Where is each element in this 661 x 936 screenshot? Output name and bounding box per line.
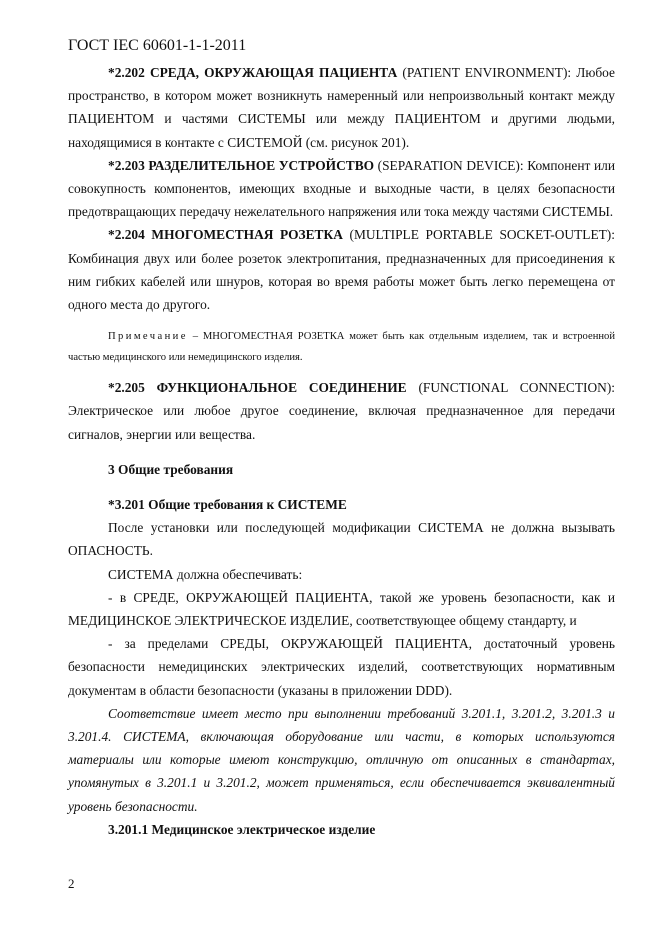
definition-2-202: *2.202 СРЕДА, ОКРУЖАЮЩАЯ ПАЦИЕНТА (PATIE… (68, 61, 615, 154)
definition-2-204: *2.204 МНОГОМЕСТНАЯ РОЗЕТКА (MULTIPLE PO… (68, 223, 615, 316)
term: *2.202 СРЕДА, ОКРУЖАЮЩАЯ ПАЦИЕНТА (108, 65, 397, 80)
paragraph: СИСТЕМА должна обеспечивать: (68, 563, 615, 586)
list-item: - в СРЕДЕ, ОКРУЖАЮЩЕЙ ПАЦИЕНТА, такой же… (68, 586, 615, 632)
definition-2-205: *2.205 ФУНКЦИОНАЛЬНОЕ СОЕДИНЕНИЕ (FUNCTI… (68, 376, 615, 446)
term: *2.205 ФУНКЦИОНАЛЬНОЕ СОЕДИНЕНИЕ (108, 380, 407, 395)
section-heading-3-201-1: 3.201.1 Медицинское электрическое издели… (68, 818, 615, 841)
compliance-paragraph: Соответствие имеет место при выполнении … (68, 702, 615, 818)
note: Примечание – МНОГОМЕСТНАЯ РОЗЕТКА может … (68, 326, 615, 368)
section-heading-3: 3 Общие требования (68, 458, 615, 481)
page-number: 2 (68, 876, 75, 892)
paragraph: После установки или последующей модифика… (68, 516, 615, 562)
list-item: - за пределами СРЕДЫ, ОКРУЖАЮЩЕЙ ПАЦИЕНТ… (68, 632, 615, 702)
term: *2.203 РАЗДЕЛИТЕЛЬНОЕ УСТРОЙСТВО (108, 158, 374, 173)
document-header: ГОСТ IEC 60601-1-1-2011 (68, 37, 246, 55)
note-label: Примечание (108, 331, 188, 342)
section-heading-3-201: *3.201 Общие требования к СИСТЕМЕ (68, 493, 615, 516)
document-body: *2.202 СРЕДА, ОКРУЖАЮЩАЯ ПАЦИЕНТА (PATIE… (68, 61, 615, 841)
term: *2.204 МНОГОМЕСТНАЯ РОЗЕТКА (108, 227, 343, 242)
definition-2-203: *2.203 РАЗДЕЛИТЕЛЬНОЕ УСТРОЙСТВО (SEPARA… (68, 154, 615, 224)
